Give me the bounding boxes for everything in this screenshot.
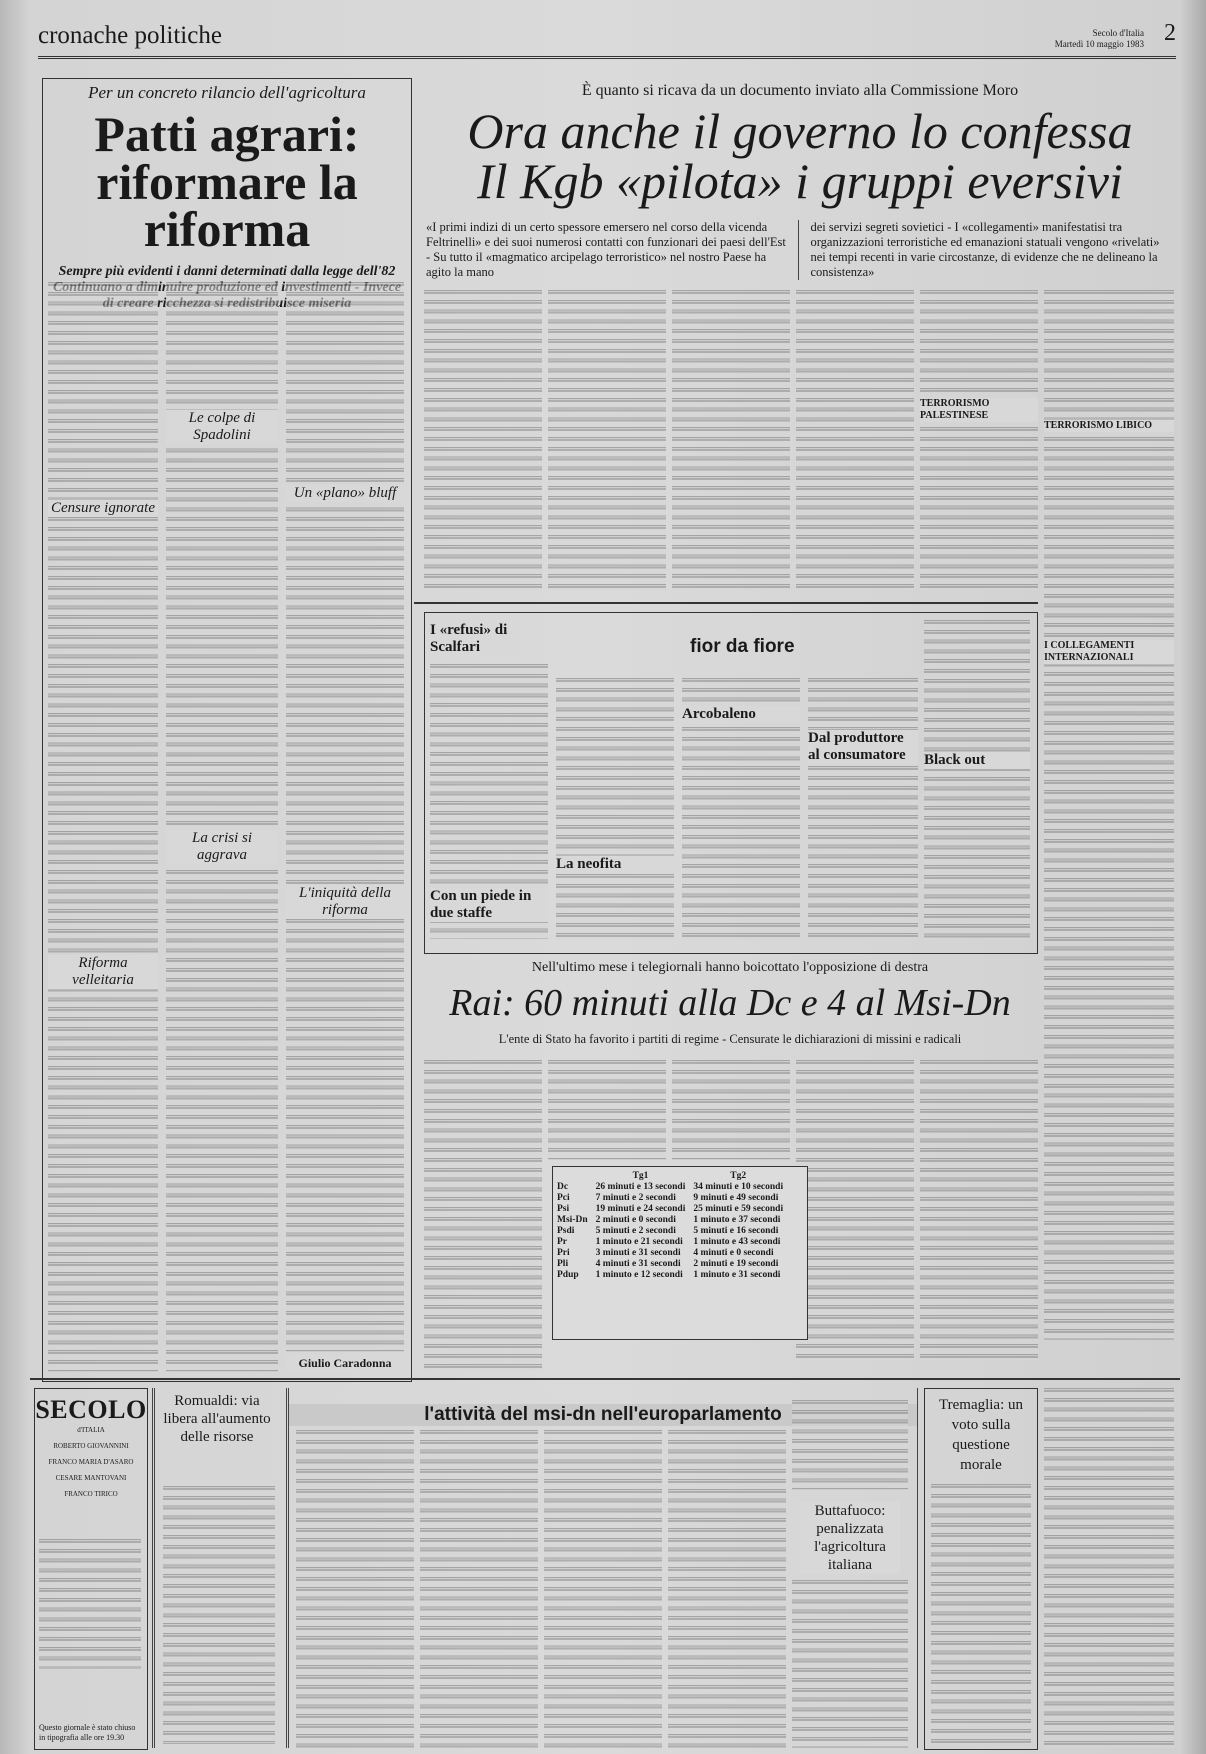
party-cell: Pci	[553, 1193, 592, 1204]
tg1-cell: 5 minuti e 2 secondi	[592, 1226, 690, 1237]
article-tremaglia: Tremaglia: un voto sulla questione moral…	[924, 1388, 1038, 1750]
agri-byline: Giulio Caradonna	[286, 1355, 404, 1372]
rai-title: Rai: 60 minuti alla Dc e 4 al Msi-Dn	[420, 984, 1040, 1022]
kgb-bottom-rule	[414, 602, 1038, 604]
kgb-column-6-continued	[1044, 1388, 1174, 1748]
party-cell: Pdup	[553, 1270, 592, 1281]
europarl-column-2	[420, 1430, 538, 1748]
fior-item-arcobaleno: Arcobaleno	[682, 706, 800, 723]
party-cell: Dc	[553, 1182, 592, 1193]
rai-tv-table-box: Tg1 Tg2 Dc26 minuti e 13 secondi34 minut…	[552, 1166, 808, 1340]
kgb-column-2	[548, 290, 666, 590]
tg2-cell: 1 minuto e 43 secondi	[689, 1237, 787, 1248]
fior-title: fior da fiore	[690, 636, 795, 658]
tg1-cell: 3 minuti e 31 secondi	[592, 1248, 690, 1259]
masthead-name: SECOLO	[35, 1395, 147, 1425]
tg2-cell: 9 minuti e 49 secondi	[689, 1193, 787, 1204]
tg1-cell: 4 minuti e 31 secondi	[592, 1259, 690, 1270]
page-number: 2	[1164, 20, 1176, 47]
europarl-column-6	[792, 1580, 908, 1748]
kgb-column-3	[672, 290, 790, 590]
kgb-subhead-collegamenti: I COLLEGAMENTI INTERNAZIONALI	[1044, 640, 1174, 664]
kgb-column-5	[920, 290, 1038, 590]
kgb-kicker: È quanto si ricava da un documento invia…	[420, 82, 1180, 100]
fior-item-blackout: Black out	[924, 752, 1030, 769]
agri-subhead-crisi: La crisi si aggrava	[166, 830, 278, 864]
tg1-cell: 26 minuti e 13 secondi	[592, 1182, 690, 1193]
masthead-sub: d'ITALIA	[35, 1425, 147, 1435]
masthead-box: SECOLO d'ITALIA ROBERTO GIOVANNINI FRANC…	[34, 1388, 148, 1750]
tremaglia-title: Tremaglia: un voto sulla questione moral…	[931, 1395, 1031, 1475]
europarl-column-3	[544, 1430, 662, 1748]
rai-column-3	[672, 1060, 790, 1160]
agri-column-2	[166, 282, 278, 1372]
agri-column-1	[48, 282, 158, 1372]
tg2-cell: 25 minuti e 59 secondi	[689, 1204, 787, 1215]
article-rai: Nell'ultimo mese i telegiornali hanno bo…	[420, 960, 1040, 1047]
kgb-column-4	[796, 290, 914, 590]
kgb-deck-right: dei servizi segreti sovietici - I «colle…	[811, 220, 1175, 280]
party-cell: Msi-Dn	[553, 1215, 592, 1226]
masthead-staff-4: FRANCO TIRICO	[35, 1489, 147, 1499]
table-row: Psdi5 minuti e 2 secondi5 minuti e 16 se…	[553, 1226, 787, 1237]
agri-subhead-velleitaria: Riforma velleitaria	[48, 955, 158, 989]
kgb-title-2: Il Kgb «pilota» i gruppi eversivi	[420, 156, 1180, 206]
fior-item-produttore: Dal produttore al consumatore	[808, 730, 918, 764]
masthead-fineprint	[39, 1539, 141, 1669]
party-cell: Pli	[553, 1259, 592, 1270]
tg1-cell: 2 minuti e 0 secondi	[592, 1215, 690, 1226]
table-row: Dc26 minuti e 13 secondi34 minuti e 10 s…	[553, 1182, 787, 1193]
rai-column-4	[796, 1060, 914, 1360]
party-cell: Pr	[553, 1237, 592, 1248]
party-cell: Pri	[553, 1248, 592, 1259]
kgb-column-6	[1044, 290, 1174, 1340]
fior-column-5	[924, 620, 1030, 940]
fior-column-2	[556, 678, 674, 940]
tg2-cell: 1 minuto e 31 secondi	[689, 1270, 787, 1281]
table-row: Pri3 minuti e 31 secondi4 minuti e 0 sec…	[553, 1248, 787, 1259]
tg1-cell: 1 minuto e 21 secondi	[592, 1237, 690, 1248]
tg2-cell: 2 minuti e 19 secondi	[689, 1259, 787, 1270]
fior-item-neofita: La neofita	[556, 856, 674, 873]
agri-column-3	[286, 282, 404, 1352]
agri-title-2: riformare la riforma	[43, 159, 411, 254]
rai-deck: L'ente di Stato ha favorito i partiti di…	[420, 1032, 1040, 1047]
tg2-cell: 1 minuto e 37 secondi	[689, 1215, 787, 1226]
fior-item-refusi: I «refusi» di Scalfari	[430, 622, 520, 656]
tremaglia-column	[931, 1484, 1031, 1744]
kgb-title-1: Ora anche il governo lo confessa	[420, 106, 1180, 156]
folio: Secolo d'Italia Martedì 10 maggio 1983	[1055, 28, 1144, 50]
tg2-cell: 5 minuti e 16 secondi	[689, 1226, 787, 1237]
kgb-subhead-palestinese: TERRORISMO PALESTINESE	[920, 398, 1038, 422]
folio-paper-name: Secolo d'Italia	[1055, 28, 1144, 39]
page-header: cronache politiche Secolo d'Italia Marte…	[38, 18, 1176, 59]
rai-kicker: Nell'ultimo mese i telegiornali hanno bo…	[420, 960, 1040, 976]
masthead-staff-1: ROBERTO GIOVANNINI	[35, 1441, 147, 1451]
fior-column-4	[808, 678, 918, 940]
romualdi-title: Romualdi: via libera all'aumento delle r…	[163, 1392, 271, 1446]
europarl-column-1	[296, 1430, 414, 1748]
table-row: Pr1 minuto e 21 secondi1 minuto e 43 sec…	[553, 1237, 787, 1248]
rai-column-5	[920, 1060, 1038, 1360]
kgb-subhead-libico: TERRORISMO LIBICO	[1044, 420, 1174, 432]
newspaper-page: cronache politiche Secolo d'Italia Marte…	[0, 0, 1206, 1754]
europarl-subhead: Buttafuoco: penalizzata l'agricoltura it…	[800, 1502, 900, 1574]
europarl-column-4	[668, 1430, 786, 1748]
party-cell: Psdi	[553, 1226, 592, 1237]
europarl-column-5	[792, 1400, 908, 1490]
table-header-tg2: Tg2	[689, 1171, 787, 1182]
agri-kicker: Per un concreto rilancio dell'agricoltur…	[43, 83, 411, 103]
romualdi-column	[163, 1486, 275, 1744]
agri-subhead-plano: Un «plano» bluff	[286, 485, 404, 502]
tg2-cell: 34 minuti e 10 secondi	[689, 1182, 787, 1193]
table-row: Psi19 minuti e 24 secondi25 minuti e 59 …	[553, 1204, 787, 1215]
rai-column-1	[424, 1060, 542, 1370]
masthead-footer: Questo giornale è stato chiuso in tipogr…	[39, 1723, 143, 1743]
agri-subhead-spadolini: Le colpe di Spadolini	[166, 410, 278, 444]
table-header	[553, 1171, 592, 1182]
table-header-tg1: Tg1	[592, 1171, 690, 1182]
rai-bottom-rule	[30, 1378, 1180, 1380]
rai-tv-table: Tg1 Tg2 Dc26 minuti e 13 secondi34 minut…	[553, 1171, 787, 1281]
tg2-cell: 4 minuti e 0 secondi	[689, 1248, 787, 1259]
tg1-cell: 1 minuto e 12 secondi	[592, 1270, 690, 1281]
party-cell: Psi	[553, 1204, 592, 1215]
masthead-staff-2: FRANCO MARIA D'ASARO	[35, 1457, 147, 1467]
article-romualdi: Romualdi: via libera all'aumento delle r…	[152, 1388, 279, 1748]
folio-date: Martedì 10 maggio 1983	[1055, 39, 1144, 50]
masthead-staff-3: CESARE MANTOVANI	[35, 1473, 147, 1483]
fior-item-piede: Con un piede in due staffe	[430, 888, 548, 922]
tg1-cell: 7 minuti e 2 secondi	[592, 1193, 690, 1204]
kgb-column-1	[424, 290, 542, 590]
table-row: Pci7 minuti e 2 secondi9 minuti e 49 sec…	[553, 1193, 787, 1204]
kgb-deck-left: «I primi indizi di un certo spessore eme…	[426, 220, 799, 280]
table-row: Pli4 minuti e 31 secondi2 minuti e 19 se…	[553, 1259, 787, 1270]
rai-column-2	[548, 1060, 666, 1160]
table-row: Msi-Dn2 minuti e 0 secondi1 minuto e 37 …	[553, 1215, 787, 1226]
agri-subhead-censure: Censure ignorate	[48, 500, 158, 517]
agri-subhead-iniquita: L'iniquità della riforma	[286, 885, 404, 919]
tg1-cell: 19 minuti e 24 secondi	[592, 1204, 690, 1215]
table-row: Pdup1 minuto e 12 secondi1 minuto e 31 s…	[553, 1270, 787, 1281]
section-name: cronache politiche	[38, 22, 222, 50]
agri-title-1: Patti agrari:	[43, 111, 411, 159]
